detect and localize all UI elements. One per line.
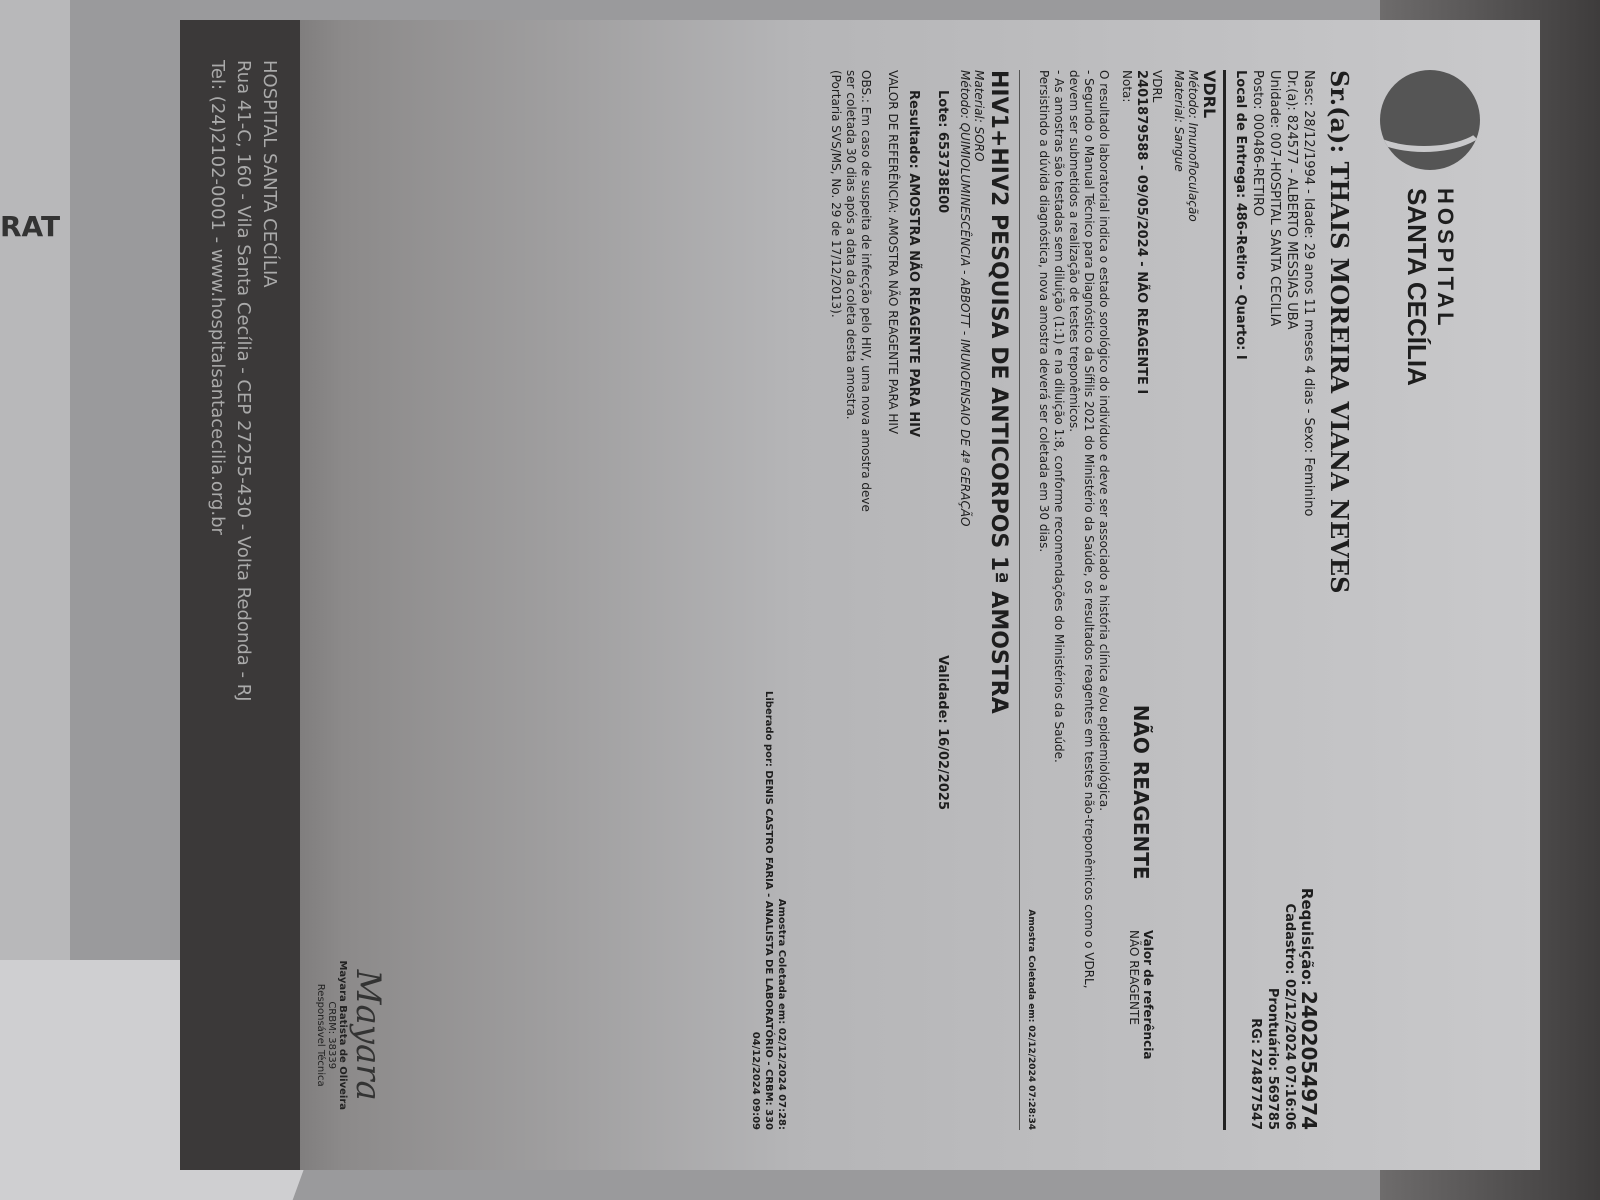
footer-name: HOSPITAL SANTA CECÍLIA bbox=[256, 60, 282, 1130]
vdrl-collected: Amostra Coletada em: 02/12/2024 07:28:34 bbox=[1026, 70, 1036, 1130]
cadastro: Cadastro: 02/12/2024 07:16:06 bbox=[1281, 888, 1298, 1130]
logo-line2: SANTA CECÍLIA bbox=[1402, 188, 1433, 386]
lab-report-page: HOSPITAL SANTA CECÍLIA Sr.(a): THAIS MOR… bbox=[180, 20, 1540, 1170]
hiv-collected: Amostra Coletada em: 02/12/2024 07:28: bbox=[775, 70, 788, 1130]
obs-line: ser coletada 30 dias após a data da cole… bbox=[843, 70, 858, 1130]
signature-role: Responsável Técnica bbox=[315, 960, 326, 1110]
note-line: - Segundo o Manual Técnico para Diagnóst… bbox=[1081, 70, 1096, 1130]
rg: RG: 274877547 bbox=[1247, 888, 1264, 1130]
footer-contact: Tel: (24)2102-0001 - www.hospitalsantace… bbox=[204, 60, 230, 1130]
doctor: Dr.(a): 824577 - ALBERTO MESSIAS UBA bbox=[1283, 70, 1300, 516]
local-entrega: Local de Entrega: 486-Retiro - Quarto: I bbox=[1232, 70, 1249, 516]
note-line: - As amostras são testadas sem diluição … bbox=[1051, 70, 1066, 1130]
hiv-method: Método: QUIMIOLUMINESCÊNCIA - ABBOTT - I… bbox=[958, 70, 972, 1130]
requisicao-number: 2402054974 bbox=[1297, 991, 1321, 1130]
signature-crbm: CRBM: 38339 bbox=[326, 960, 337, 1110]
logo-line1: HOSPITAL bbox=[1433, 188, 1459, 386]
vdrl-notes: O resultado laboratorial indica o estado… bbox=[1036, 70, 1111, 1130]
hiv-released-by: Liberado por: DENIS CASTRO FARIA - ANALI… bbox=[762, 70, 775, 1130]
posto: Posto: 000486-RETIRO bbox=[1249, 70, 1266, 516]
vdrl-previous: 2401879588 - 09/05/2024 - NÃO REAGENTE I bbox=[1134, 70, 1149, 394]
page-footer: HOSPITAL SANTA CECÍLIA Rua 41-C, 160 - V… bbox=[180, 20, 300, 1170]
vdrl-sub: VDRL bbox=[1149, 70, 1164, 394]
vdrl-result: NÃO REAGENTE bbox=[1130, 705, 1154, 880]
birth-info: Nasc: 28/12/1994 - Idade: 29 anos 11 mes… bbox=[1300, 70, 1317, 516]
signature-scribble: Mayara bbox=[348, 960, 388, 1110]
patient-meta: Nasc: 28/12/1994 - Idade: 29 anos 11 mes… bbox=[1232, 70, 1317, 1130]
obs-line: OBS.: Em caso de suspeita de infecção pe… bbox=[858, 70, 873, 1130]
note-line: devem ser submetidos a realização de tes… bbox=[1066, 70, 1081, 1130]
hospital-logo-icon bbox=[1380, 70, 1480, 170]
vdrl-title: VDRL bbox=[1200, 70, 1219, 1130]
vdrl-material: Material: Sangue bbox=[1172, 70, 1186, 1130]
stray-text: RAT bbox=[0, 210, 60, 243]
hiv-lote: Lote: 653738E00 bbox=[935, 90, 950, 213]
hiv-reference: VALOR DE REFERÊNCIA: AMOSTRA NÃO REAGENT… bbox=[885, 70, 900, 1130]
divider bbox=[1019, 70, 1020, 1130]
hospital-logo: HOSPITAL SANTA CECÍLIA bbox=[1380, 70, 1480, 1130]
vdrl-ref-label: Valor de referência bbox=[1142, 930, 1156, 1130]
signature-name: Mayara Batista de Oliveira bbox=[337, 960, 348, 1110]
hiv-result: Resultado: AMOSTRA NÃO REAGENTE PARA HIV bbox=[906, 90, 921, 1130]
vdrl-nota-label: Nota: bbox=[1119, 70, 1134, 394]
vdrl-ref-value: NÃO REAGENTE bbox=[1128, 930, 1142, 1130]
hiv-material: Material: SORO bbox=[972, 70, 986, 1130]
hiv-title: HIV1+HIV2 PESQUISA DE ANTICORPOS 1ª AMOS… bbox=[986, 70, 1011, 1130]
hiv-release-date: 04/12/2024 09:09 bbox=[749, 70, 762, 1130]
hiv-validade: Validade: 16/02/2025 bbox=[935, 655, 950, 810]
requisicao-label: Requisição: bbox=[1298, 888, 1316, 986]
patient-name: Sr.(a): THAIS MOREIRA VIANA NEVES bbox=[1325, 70, 1354, 1130]
footer-address: Rua 41-C, 160 - Vila Santa Cecília - CEP… bbox=[230, 60, 256, 1130]
obs-line: (Portaria SVS/MS, No. 29 de 17/12/2013). bbox=[828, 70, 843, 1130]
note-line: O resultado laboratorial indica o estado… bbox=[1096, 70, 1111, 1130]
signature-block: Mayara Mayara Batista de Oliveira CRBM: … bbox=[315, 960, 388, 1110]
unit: Unidade: 007-HOSPITAL SANTA CECILIA bbox=[1266, 70, 1283, 516]
divider bbox=[1223, 70, 1226, 1130]
vdrl-method: Método: Imunofloculação bbox=[1186, 70, 1200, 1130]
note-line: Persistindo a dúvida diagnóstica, nova a… bbox=[1036, 70, 1051, 1130]
prontuario: Prontuário: 569785 bbox=[1264, 888, 1281, 1130]
